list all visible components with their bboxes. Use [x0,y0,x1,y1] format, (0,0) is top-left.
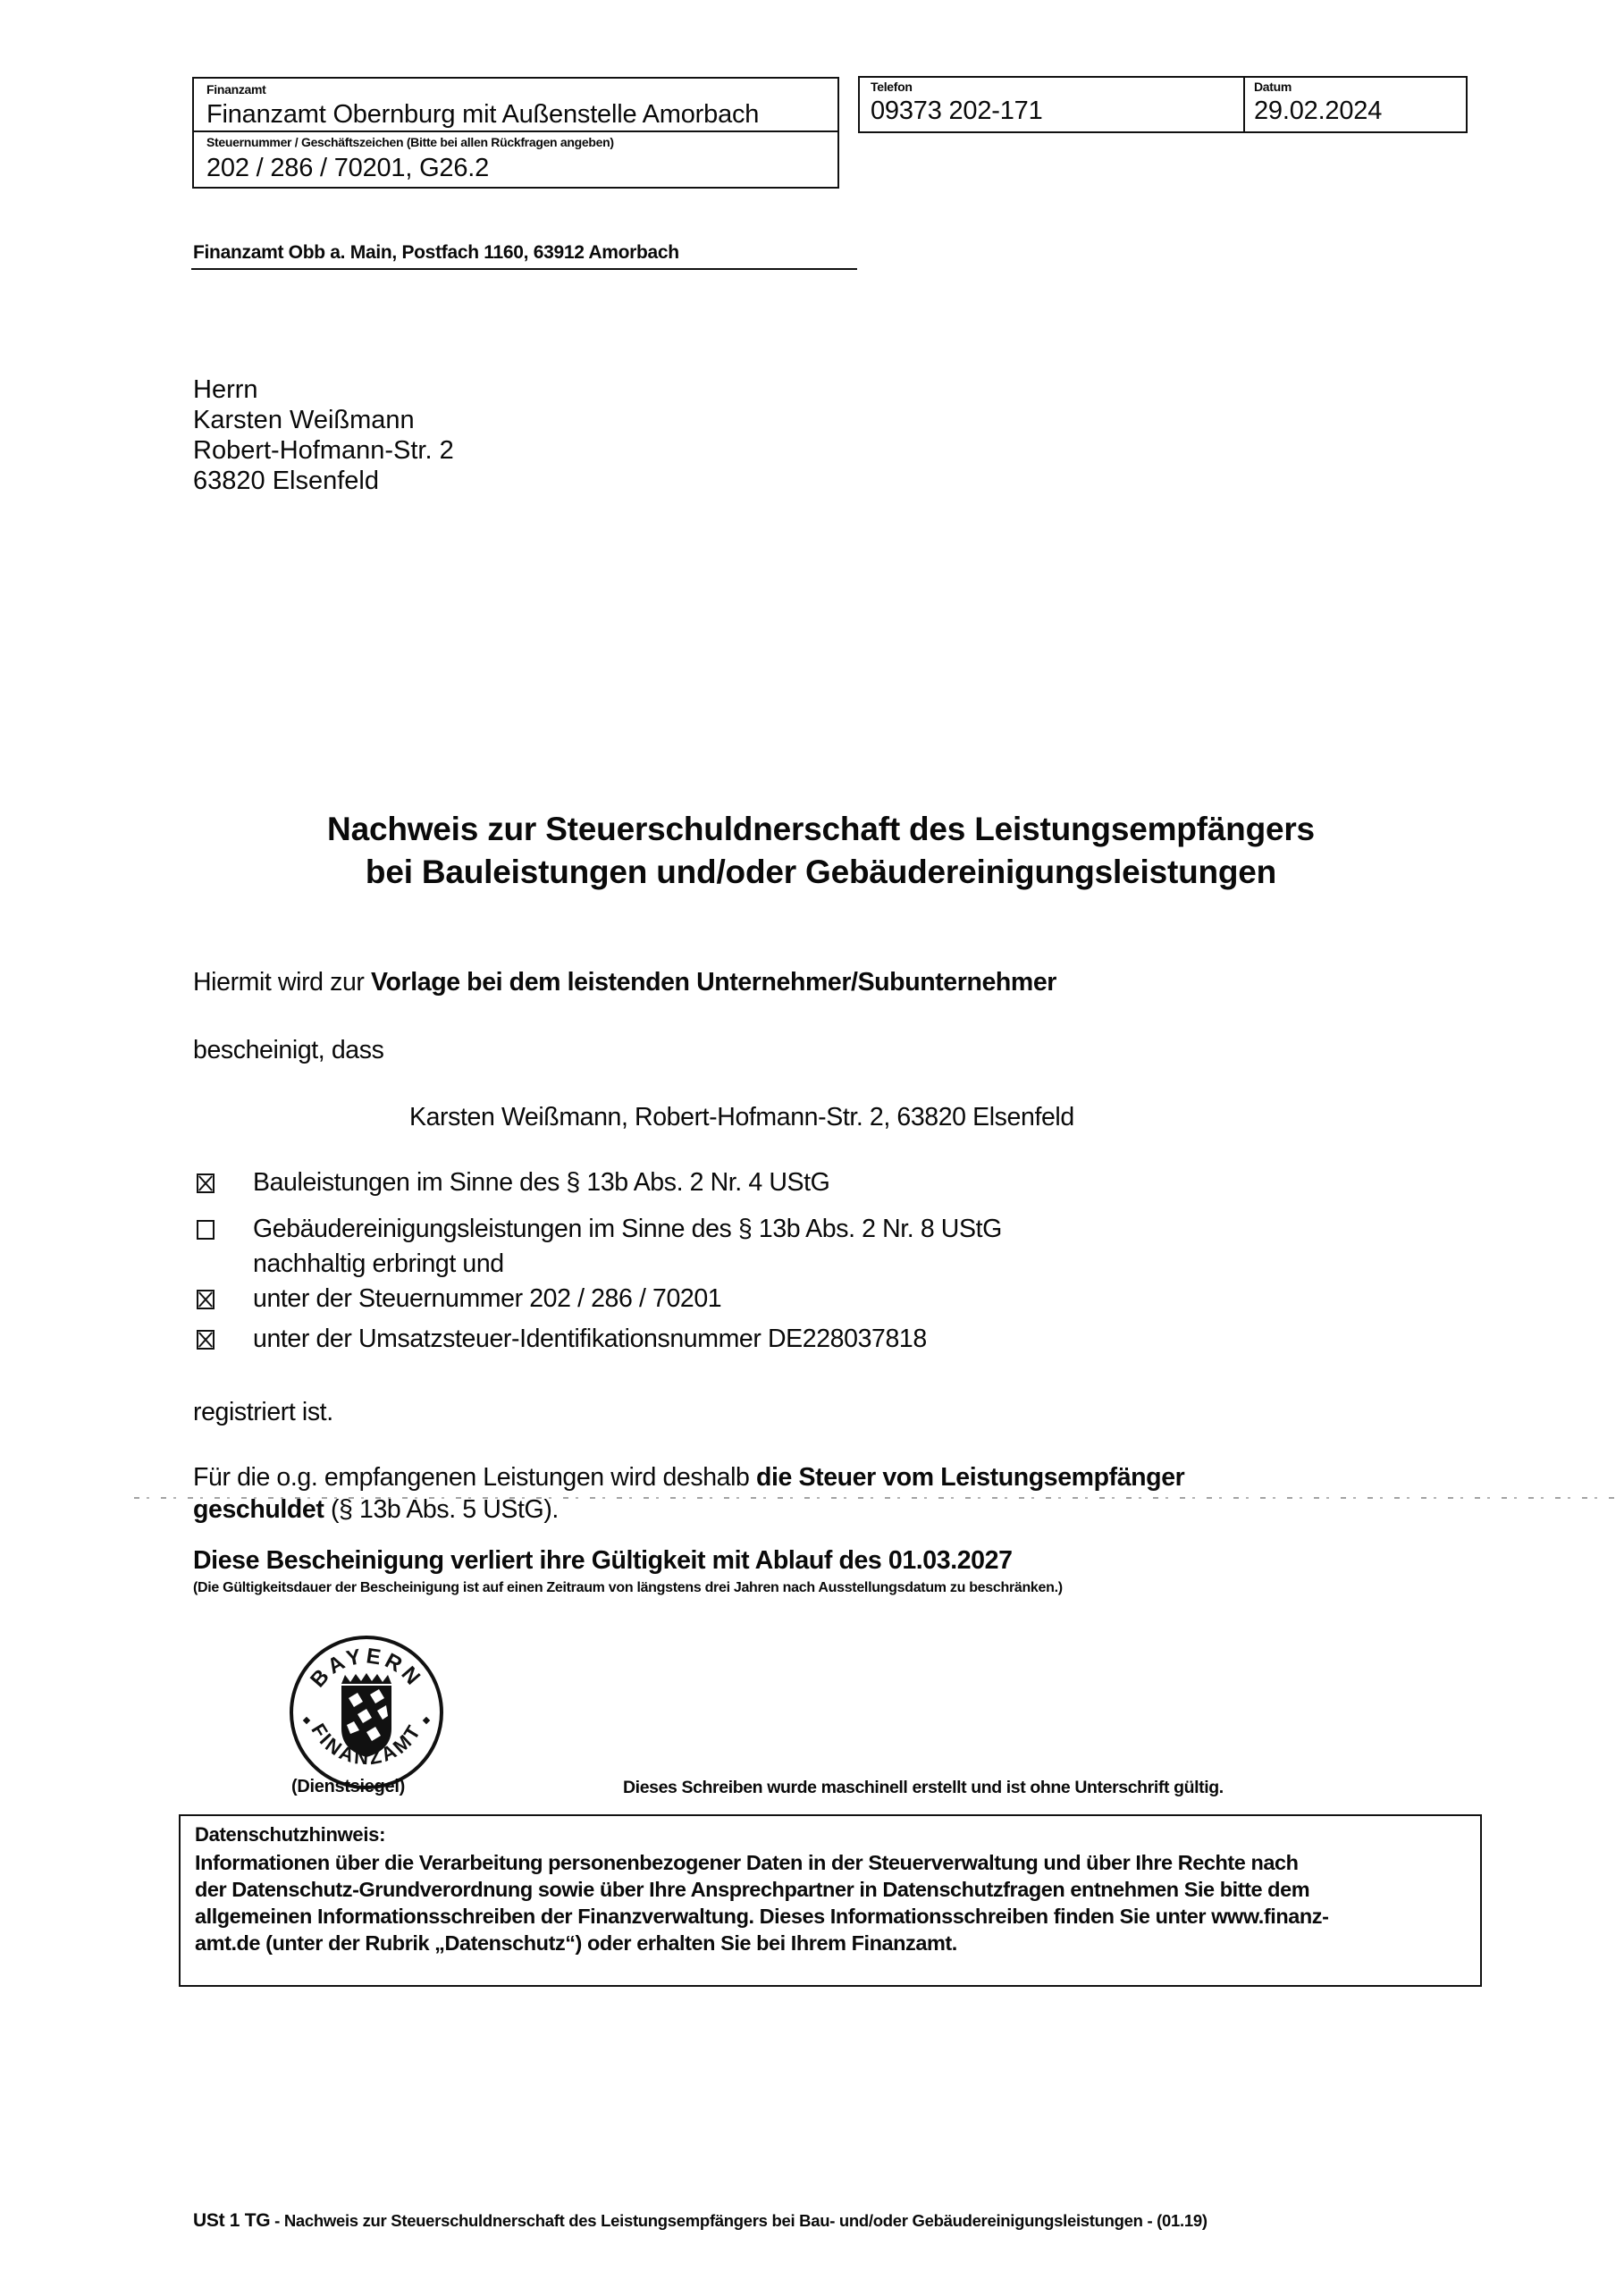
sender-underline [191,268,857,270]
privacy-notice-box: Datenschutzhinweis: Informationen über d… [179,1814,1482,1987]
phone-value: 09373 202-171 [871,98,1043,124]
office-info-box: Finanzamt Finanzamt Obernburg mit Außens… [192,77,839,189]
registered-text: registriert ist. [193,1398,333,1427]
tax-liability-line-1: Für die o.g. empfangenen Leistungen wird… [193,1463,1184,1493]
document-title: Nachweis zur Steuerschuldnerschaft des L… [0,808,1624,894]
contact-date-divider [1243,78,1245,131]
tax-bold-2: geschuldet [193,1495,324,1524]
intro-text: Hiermit wird zur Vorlage bei dem leisten… [193,968,1056,997]
checked-x-icon [198,1332,213,1348]
checkbox-gebaeudereinigung[interactable] [197,1220,215,1240]
item-bauleistungen: Bauleistungen im Sinne des § 13b Abs. 2 … [253,1168,829,1198]
tax-ref-label: Steuernummer / Geschäftszeichen (Bitte b… [206,136,614,148]
item-ust-id: unter der Umsatzsteuer-Identifikationsnu… [253,1325,927,1354]
office-box-divider [194,130,837,132]
title-line-1: Nachweis zur Steuerschuldnerschaft des L… [18,808,1624,851]
privacy-line: amt.de (unter der Rubrik „Datenschutz“) … [195,1930,1328,1956]
privacy-line: der Datenschutz-Grundverordnung sowie üb… [195,1876,1328,1903]
validity-note: (Die Gültigkeitsdauer der Bescheinigung … [193,1580,1063,1596]
item-gebaeudereinigung: Gebäudereinigungsleistungen im Sinne des… [253,1215,1002,1244]
tax-prefix: Für die o.g. empfangenen Leistungen wird… [193,1463,756,1492]
machine-generated-note: Dieses Schreiben wurde maschinell erstel… [623,1778,1224,1798]
phone-label: Telefon [871,80,913,93]
checked-x-icon [198,1291,213,1308]
date-value: 29.02.2024 [1254,98,1382,124]
form-description: - Nachweis zur Steuerschuldnerschaft des… [270,2211,1207,2230]
tax-liability-line-2: geschuldet (§ 13b Abs. 5 UStG). [193,1495,559,1525]
intro-bold: Vorlage bei dem leistenden Unternehmer/S… [371,968,1056,997]
recipient-street: Robert-Hofmann-Str. 2 [193,435,454,466]
checked-x-icon [198,1175,213,1191]
intro-prefix: Hiermit wird zur [193,968,371,997]
recipient-city: 63820 Elsenfeld [193,466,454,496]
bavarian-seal-icon: BAYERN FINANZAMT [286,1632,447,1793]
recipient-name: Karsten Weißmann [193,405,454,435]
contact-date-box: Telefon 09373 202-171 Datum 29.02.2024 [858,76,1468,133]
item-steuernummer: unter der Steuernummer 202 / 286 / 70201 [253,1284,721,1314]
item-continuation: nachhaltig erbringt und [253,1249,504,1279]
privacy-line: allgemeinen Informationsschreiben der Fi… [195,1903,1328,1930]
recipient-salutation: Herrn [193,374,454,405]
seal-caption: (Dienstsiegel) [291,1777,405,1797]
tax-bold-1: die Steuer vom Leistungsempfänger [756,1463,1184,1492]
date-label: Datum [1254,80,1292,93]
recipient-address: Herrn Karsten Weißmann Robert-Hofmann-St… [193,374,454,496]
office-label: Finanzamt [206,83,266,96]
validity-statement: Diese Bescheinigung verliert ihre Gültig… [193,1546,1013,1576]
privacy-line: Informationen über die Verarbeitung pers… [195,1849,1328,1876]
checkbox-steuernummer[interactable] [197,1290,215,1309]
subject-line: Karsten Weißmann, Robert-Hofmann-Str. 2,… [409,1103,1074,1132]
sender-return-address: Finanzamt Obb a. Main, Postfach 1160, 63… [193,242,679,264]
privacy-title: Datenschutzhinweis: [195,1823,385,1846]
form-footer: USt 1 TG - Nachweis zur Steuerschuldners… [193,2210,1207,2232]
title-line-2: bei Bauleistungen und/oder Gebäudereinig… [18,851,1624,894]
office-name: Finanzamt Obernburg mit Außenstelle Amor… [206,102,759,128]
tax-ref-value: 202 / 286 / 70201, G26.2 [206,156,489,181]
certified-text: bescheinigt, dass [193,1036,383,1065]
form-code: USt 1 TG [193,2210,270,2231]
privacy-text: Informationen über die Verarbeitung pers… [195,1849,1328,1956]
official-seal: BAYERN FINANZAMT [286,1632,447,1793]
checkbox-bauleistungen[interactable] [197,1173,215,1193]
checkbox-ust-id[interactable] [197,1330,215,1350]
tax-suffix: (§ 13b Abs. 5 UStG). [324,1495,558,1524]
